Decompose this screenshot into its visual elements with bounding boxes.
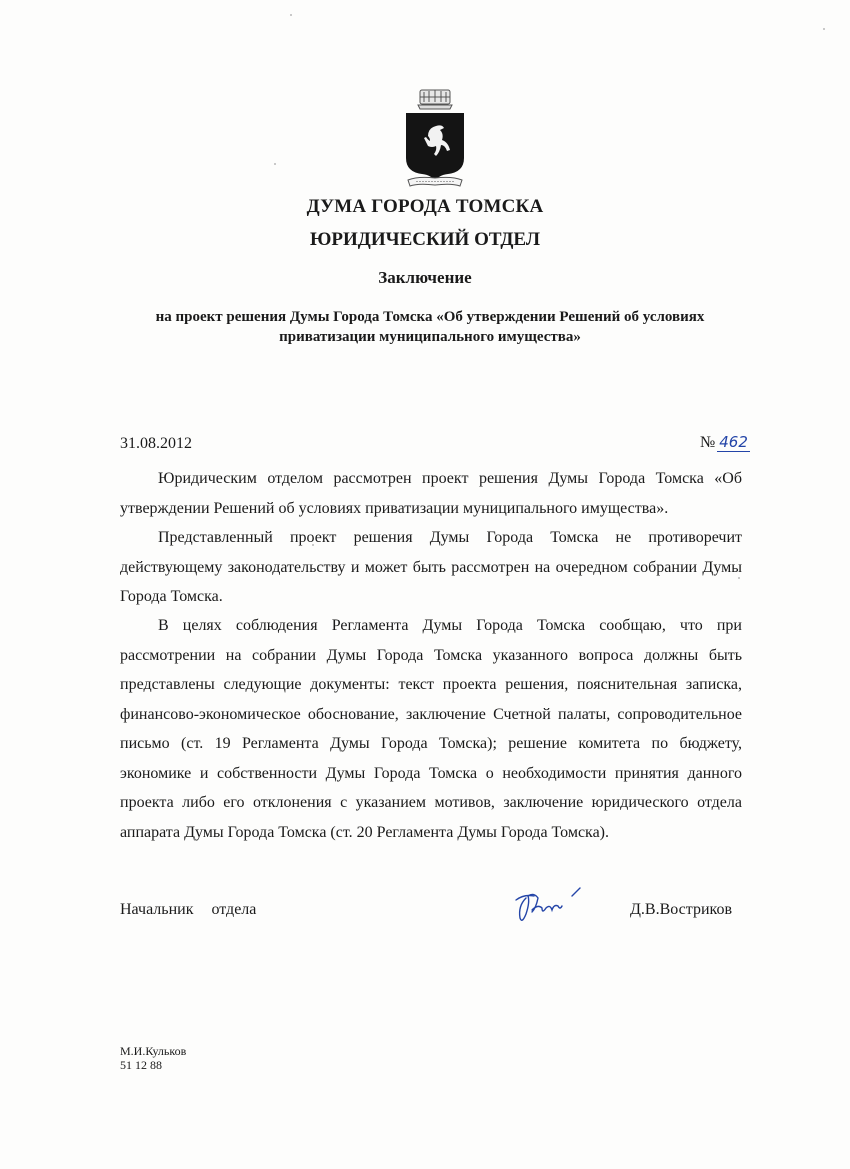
scan-speck: [312, 544, 314, 546]
handwritten-signature-icon: [512, 884, 592, 926]
scan-speck: [290, 14, 292, 16]
document-page: ДУМА ГОРОДА ТОМСКА ЮРИДИЧЕСКИЙ ОТДЕЛ Зак…: [0, 0, 850, 1169]
executor-name: М.И.Кульков: [120, 1044, 186, 1058]
document-number: №462: [700, 433, 750, 452]
paragraph-1: Юридическим отделом рассмотрен проект ре…: [120, 464, 742, 523]
paragraph-3: В целях соблюдения Регламента Думы Город…: [120, 611, 742, 847]
coat-of-arms-icon: [398, 88, 472, 194]
signatory-role: Начальник отдела: [120, 901, 256, 919]
document-date: 31.08.2012: [120, 435, 192, 453]
number-value: 462: [717, 433, 750, 452]
paragraph-2: Представленный проект решения Думы Город…: [120, 523, 742, 612]
paragraph-text: В целях соблюдения Регламента Думы Город…: [120, 611, 742, 847]
document-type: Заключение: [0, 268, 850, 288]
organization-title: ДУМА ГОРОДА ТОМСКА: [0, 196, 850, 218]
executor-phone: 51 12 88: [120, 1058, 186, 1072]
paragraph-text: Представленный проект решения Думы Город…: [120, 523, 742, 612]
document-subject: на проект решения Думы Города Томска «Об…: [120, 307, 740, 347]
scan-speck: [738, 577, 740, 579]
signatory-name: Д.В.Востриков: [630, 901, 732, 919]
scan-speck: [823, 28, 825, 30]
scan-speck: [274, 163, 276, 165]
paragraph-text: Юридическим отделом рассмотрен проект ре…: [120, 464, 742, 523]
department-title: ЮРИДИЧЕСКИЙ ОТДЕЛ: [0, 229, 850, 251]
executor-info: М.И.Кульков 51 12 88: [120, 1044, 186, 1072]
number-label: №: [700, 434, 715, 451]
